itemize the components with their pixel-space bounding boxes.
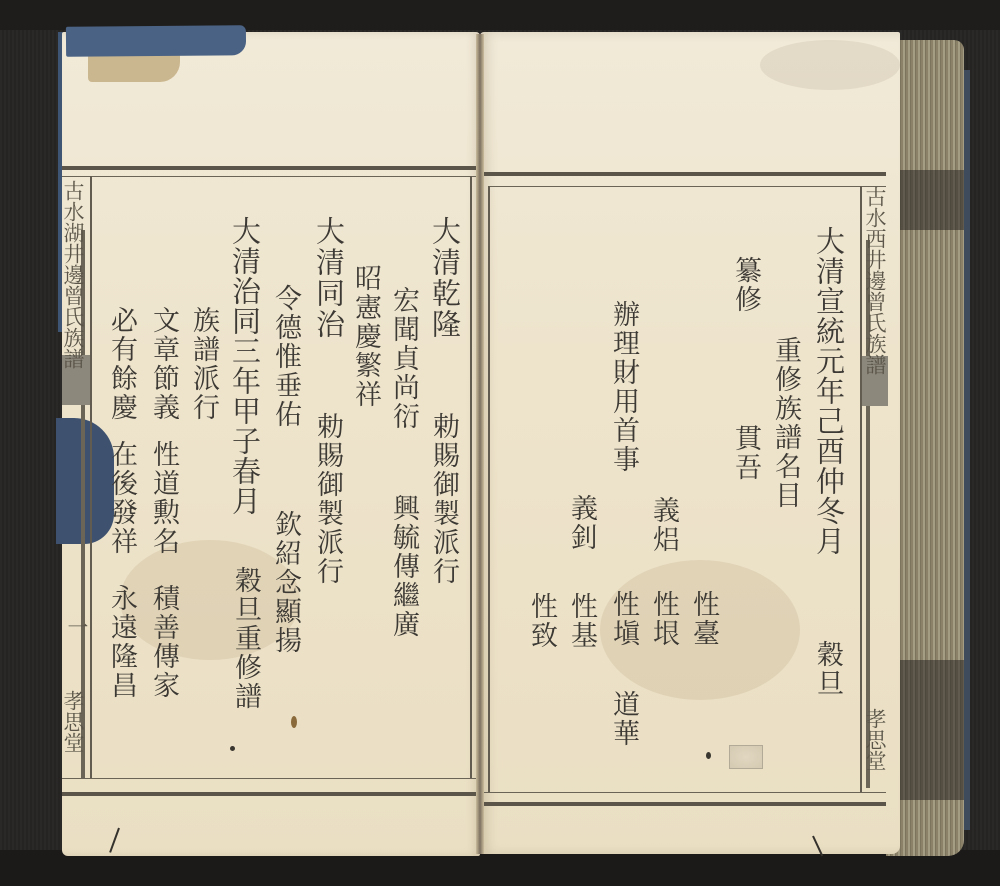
left-col6-top: 大清治同三年甲子春月 — [230, 216, 259, 516]
left-col9-top: 必有餘慶 — [108, 306, 135, 422]
left-col5-top: 令德惟垂佑 — [272, 284, 299, 429]
book-gutter — [476, 34, 484, 854]
right-col8-bottom: 性基 — [568, 592, 595, 650]
ink-blot — [291, 716, 297, 728]
right-col5-top: 義焒 — [650, 496, 677, 554]
left-col8-middle: 性道勲名 — [150, 440, 177, 556]
left-col2-top: 宏聞貞尚衍 — [390, 286, 417, 431]
right-col3-bottom: 貫吾 — [732, 424, 759, 482]
frame-inner-line — [62, 176, 476, 177]
left-col2-bottom: 興毓傳繼廣 — [390, 494, 417, 639]
right-col7-top: 性塡 — [610, 590, 637, 648]
frame-right-line — [470, 176, 472, 778]
right-col9: 性致 — [528, 592, 555, 650]
left-margin-number: 一 — [66, 616, 87, 637]
left-cover-cloth-top — [66, 25, 246, 57]
left-col3-top: 大清同治 — [314, 216, 343, 340]
ink-dot — [706, 752, 711, 759]
right-col7-bottom: 道華 — [610, 690, 637, 748]
ink-dot — [230, 746, 235, 751]
left-col7: 族譜派行 — [190, 306, 217, 422]
right-col6: 性臺 — [690, 590, 717, 648]
left-col6-bottom: 穀旦重修譜 — [232, 566, 259, 711]
right-col1-top: 大清宣統元年己酉仲冬月 — [814, 226, 843, 556]
right-col5-bottom: 性垠 — [650, 590, 677, 648]
right-margin-footer: 孝思堂 — [864, 708, 885, 771]
left-col8-top: 文章節義 — [150, 306, 177, 422]
margin-column-line — [90, 176, 92, 778]
left-margin-footer: 孝思堂 — [62, 690, 83, 753]
margin-column-line — [860, 186, 862, 792]
left-col1-bottom: 勅賜御製派行 — [430, 412, 457, 586]
right-col4: 辦理財用首事 — [610, 300, 637, 474]
right-col2: 重修族譜名目 — [772, 336, 799, 510]
right-col3-top: 纂修 — [732, 256, 759, 314]
left-col9-bottom: 永遠隆昌 — [108, 584, 135, 700]
right-col8-top: 義釗 — [568, 494, 595, 552]
right-margin-header: 古水西井邊曾氏族譜 — [864, 186, 885, 375]
left-col8-bottom: 積善傳家 — [150, 584, 177, 700]
frame-inner-line — [488, 186, 886, 187]
paper-damage-top-right — [760, 40, 900, 90]
faded-seal-stamp — [729, 745, 763, 769]
left-margin-header: 古水湖井邊曾氏族譜 — [62, 180, 83, 369]
frame-left-line — [488, 186, 490, 792]
left-col4: 昭憲慶繁祥 — [352, 264, 379, 409]
right-col1-bottom: 穀旦 — [814, 640, 841, 698]
left-col9-middle: 在後發祥 — [108, 440, 135, 556]
left-col1-top: 大清乾隆 — [430, 216, 459, 340]
left-col5-bottom: 欽紹念顯揚 — [272, 510, 299, 655]
frame-inner-line — [484, 792, 886, 793]
frame-inner-line — [62, 778, 476, 779]
left-col3-bottom: 勅賜御製派行 — [314, 412, 341, 586]
